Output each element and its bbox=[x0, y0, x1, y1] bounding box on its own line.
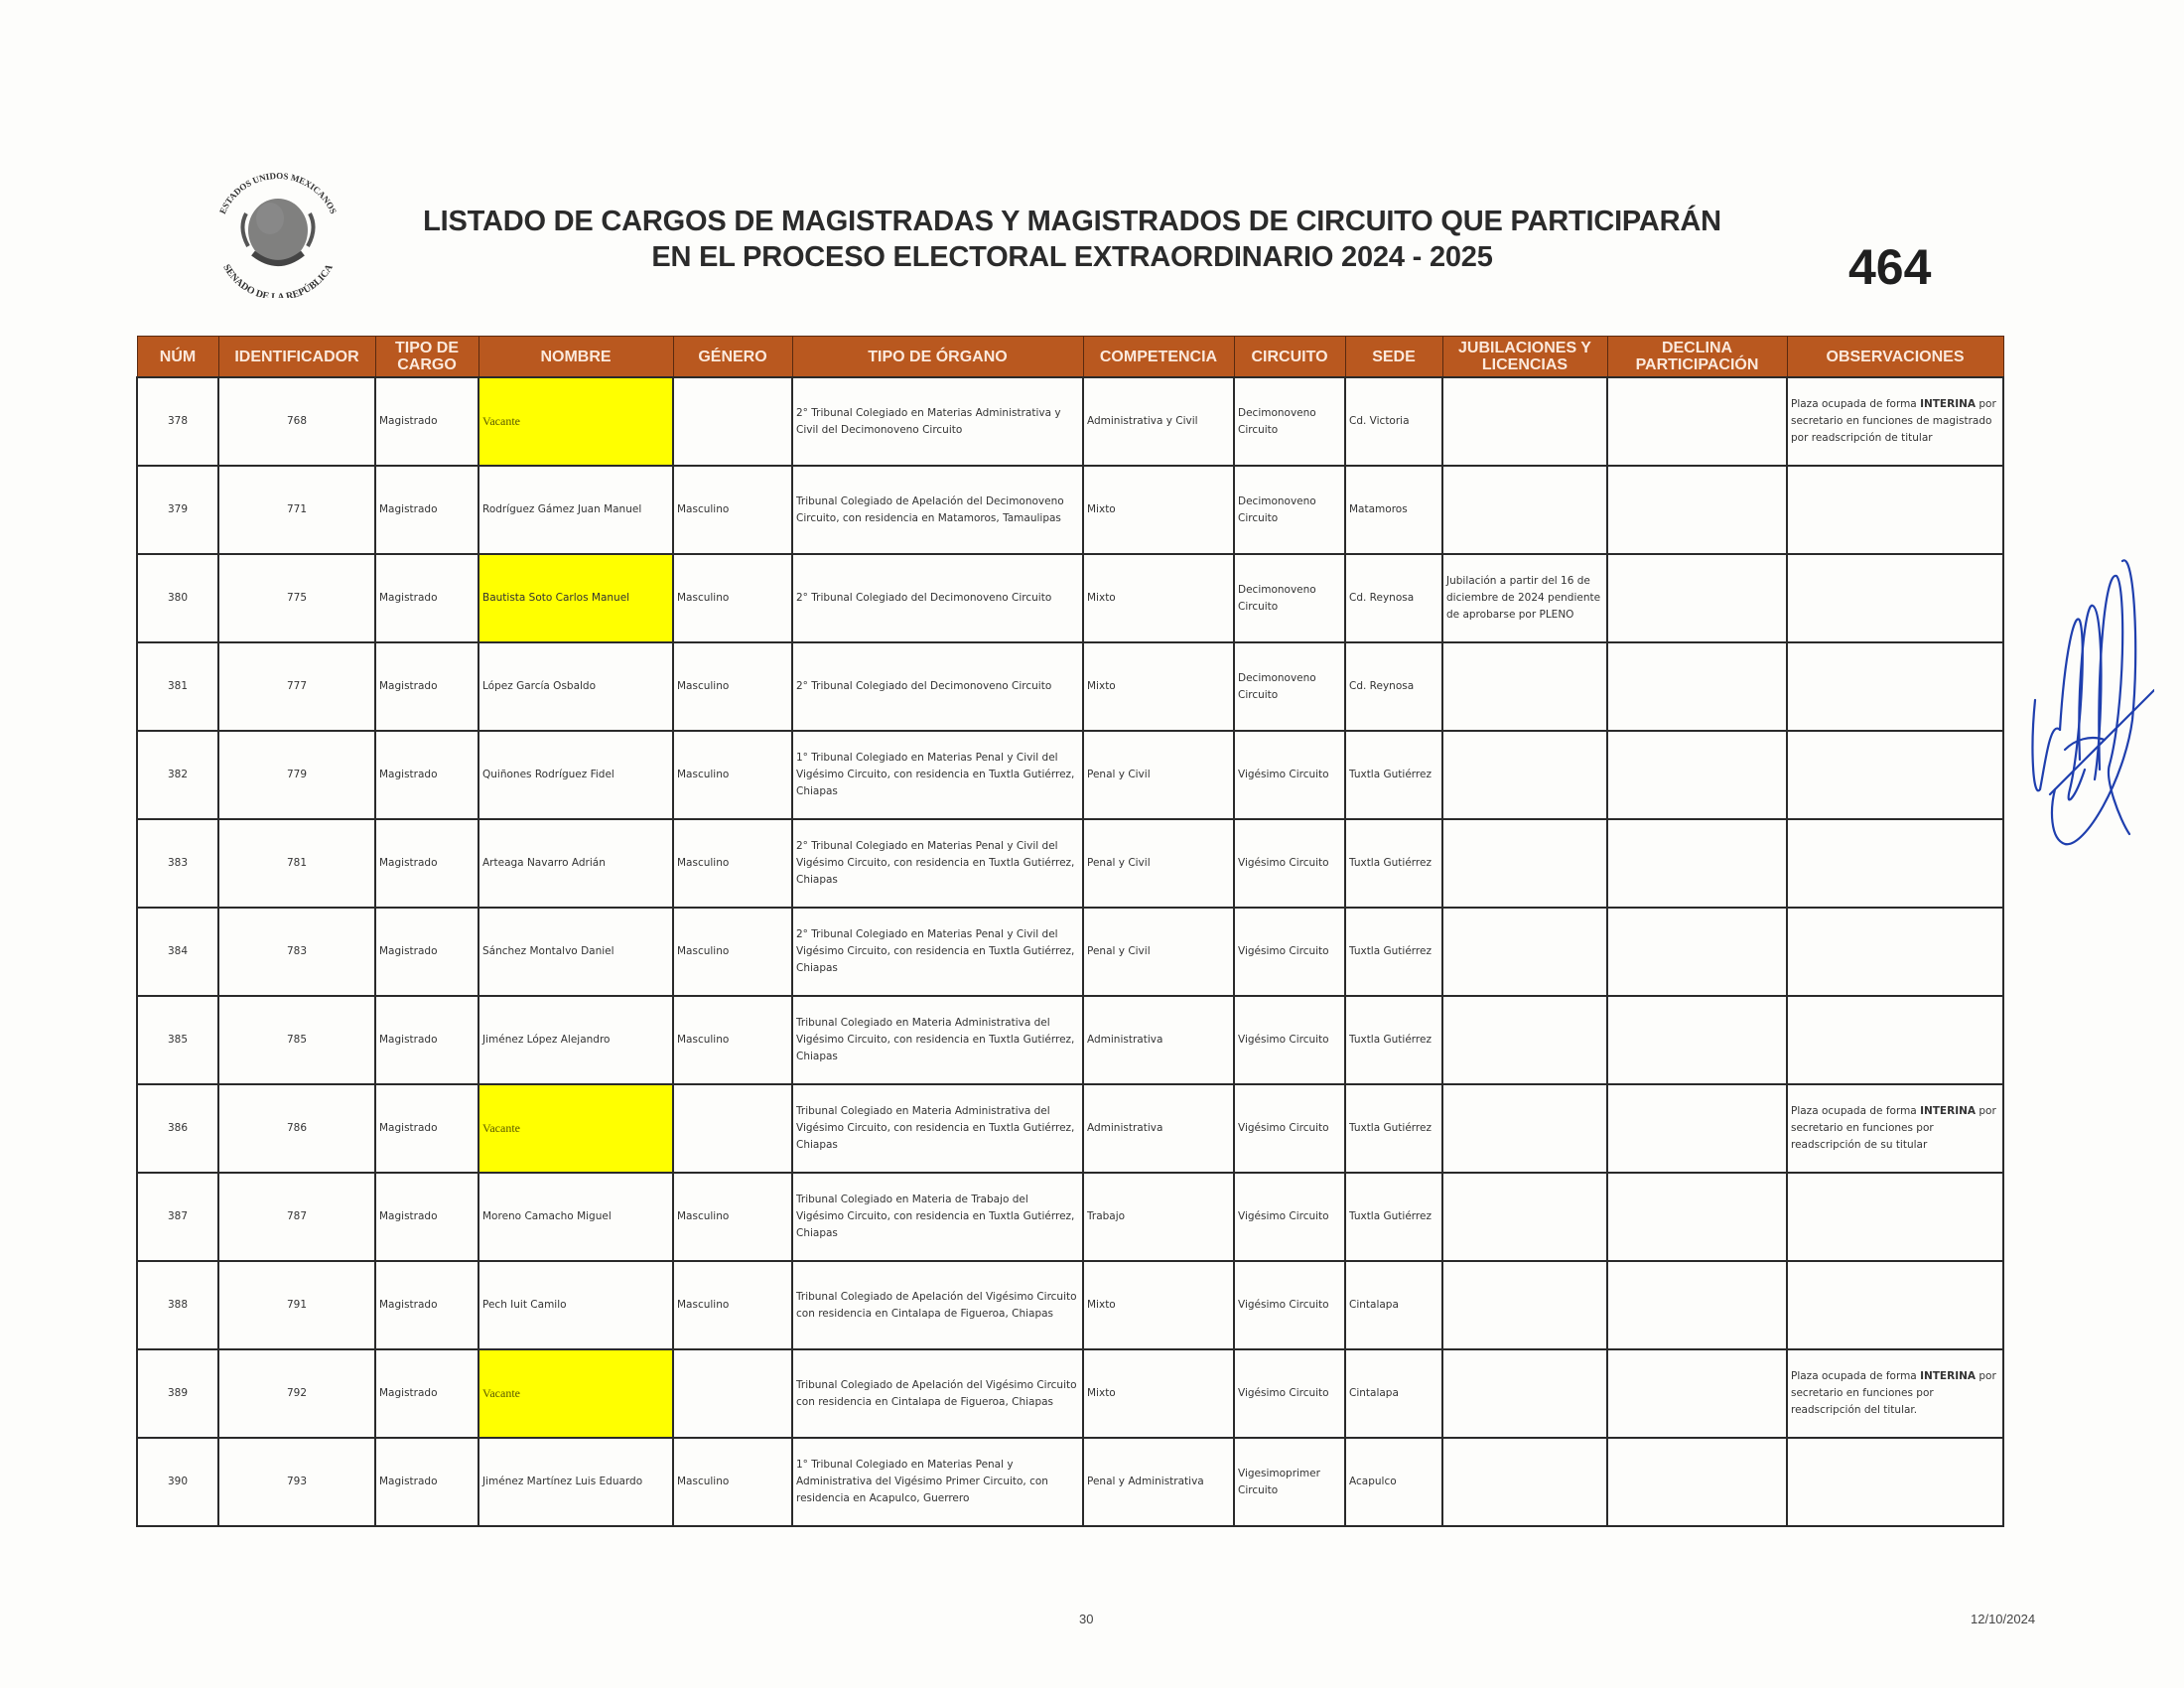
cell-jubilaciones bbox=[1442, 1173, 1607, 1261]
cell-tipo-cargo: Magistrado bbox=[375, 731, 478, 819]
cell-sede: Tuxtla Gutiérrez bbox=[1345, 996, 1442, 1084]
footer-page-number: 30 bbox=[1079, 1612, 1093, 1626]
cell-identificador: 793 bbox=[218, 1438, 375, 1526]
table-row: 385785MagistradoJiménez López AlejandroM… bbox=[137, 996, 2003, 1084]
cell-tipo-cargo: Magistrado bbox=[375, 1173, 478, 1261]
cell-identificador: 777 bbox=[218, 642, 375, 731]
cell-jubilaciones bbox=[1442, 1084, 1607, 1173]
cell-observaciones bbox=[1787, 466, 2003, 554]
cell-observaciones: Plaza ocupada de forma INTERINA por secr… bbox=[1787, 377, 2003, 466]
cell-competencia: Mixto bbox=[1083, 1349, 1234, 1438]
cell-num: 388 bbox=[137, 1261, 218, 1349]
cell-identificador: 781 bbox=[218, 819, 375, 908]
cell-num: 390 bbox=[137, 1438, 218, 1526]
cell-competencia: Mixto bbox=[1083, 642, 1234, 731]
table-row: 378768MagistradoVacante2° Tribunal Coleg… bbox=[137, 377, 2003, 466]
cell-tipo-organo: 2° Tribunal Colegiado en Materias Penal … bbox=[792, 908, 1083, 996]
cell-identificador: 783 bbox=[218, 908, 375, 996]
cell-observaciones bbox=[1787, 554, 2003, 642]
cell-genero: Masculino bbox=[673, 996, 792, 1084]
vacant-label: Vacante bbox=[482, 1386, 520, 1400]
cell-tipo-cargo: Magistrado bbox=[375, 908, 478, 996]
observation-text: Plaza ocupada de forma bbox=[1791, 1105, 1920, 1117]
cell-genero: Masculino bbox=[673, 819, 792, 908]
cell-nombre: Jiménez Martínez Luis Eduardo bbox=[478, 1438, 673, 1526]
cell-sede: Cintalapa bbox=[1345, 1261, 1442, 1349]
cell-tipo-cargo: Magistrado bbox=[375, 377, 478, 466]
cell-declina bbox=[1607, 1349, 1787, 1438]
col-header-declina: DECLINA PARTICIPACIÓN bbox=[1607, 337, 1787, 378]
cell-sede: Tuxtla Gutiérrez bbox=[1345, 1173, 1442, 1261]
cell-tipo-organo: Tribunal Colegiado de Apelación del Vigé… bbox=[792, 1349, 1083, 1438]
cell-tipo-organo: 2° Tribunal Colegiado en Materias Penal … bbox=[792, 819, 1083, 908]
cell-declina bbox=[1607, 466, 1787, 554]
cell-competencia: Trabajo bbox=[1083, 1173, 1234, 1261]
cell-observaciones bbox=[1787, 1261, 2003, 1349]
cell-circuito: Vigésimo Circuito bbox=[1234, 1349, 1345, 1438]
cell-observaciones bbox=[1787, 642, 2003, 731]
table-row: 379771MagistradoRodríguez Gámez Juan Man… bbox=[137, 466, 2003, 554]
vacant-label: Vacante bbox=[482, 414, 520, 428]
cell-nombre: Pech Iuit Camilo bbox=[478, 1261, 673, 1349]
cell-circuito: Vigésimo Circuito bbox=[1234, 1261, 1345, 1349]
col-header-identificador: IDENTIFICADOR bbox=[218, 337, 375, 378]
col-header-tipo-organo: TIPO DE ÓRGANO bbox=[792, 337, 1083, 378]
cell-genero: Masculino bbox=[673, 731, 792, 819]
page-stamp-number: 464 bbox=[1848, 238, 1931, 296]
cell-nombre: Rodríguez Gámez Juan Manuel bbox=[478, 466, 673, 554]
cell-num: 381 bbox=[137, 642, 218, 731]
cell-num: 386 bbox=[137, 1084, 218, 1173]
cell-observaciones bbox=[1787, 819, 2003, 908]
svg-text:SENADO DE LA REPÚBLICA: SENADO DE LA REPÚBLICA bbox=[220, 262, 336, 298]
cell-nombre-vacante: Vacante bbox=[478, 1349, 673, 1438]
cell-identificador: 779 bbox=[218, 731, 375, 819]
table-row: 384783MagistradoSánchez Montalvo DanielM… bbox=[137, 908, 2003, 996]
magistrates-table: NÚM IDENTIFICADOR TIPO DE CARGO NOMBRE G… bbox=[136, 336, 2004, 1527]
cell-competencia: Administrativa y Civil bbox=[1083, 377, 1234, 466]
cell-competencia: Penal y Administrativa bbox=[1083, 1438, 1234, 1526]
cell-num: 379 bbox=[137, 466, 218, 554]
cell-nombre: Sánchez Montalvo Daniel bbox=[478, 908, 673, 996]
table-row: 382779MagistradoQuiñones Rodríguez Fidel… bbox=[137, 731, 2003, 819]
cell-jubilaciones: Jubilación a partir del 16 de diciembre … bbox=[1442, 554, 1607, 642]
cell-num: 385 bbox=[137, 996, 218, 1084]
cell-circuito: Vigésimo Circuito bbox=[1234, 819, 1345, 908]
cell-jubilaciones bbox=[1442, 466, 1607, 554]
cell-identificador: 775 bbox=[218, 554, 375, 642]
seal-bottom-text: SENADO DE LA REPÚBLICA bbox=[220, 262, 336, 298]
cell-tipo-organo: Tribunal Colegiado de Apelación del Deci… bbox=[792, 466, 1083, 554]
cell-jubilaciones bbox=[1442, 908, 1607, 996]
cell-nombre: Quiñones Rodríguez Fidel bbox=[478, 731, 673, 819]
table-row: 381777MagistradoLópez García OsbaldoMasc… bbox=[137, 642, 2003, 731]
cell-identificador: 792 bbox=[218, 1349, 375, 1438]
cell-observaciones bbox=[1787, 1438, 2003, 1526]
cell-tipo-organo: Tribunal Colegiado en Materia Administra… bbox=[792, 996, 1083, 1084]
cell-circuito: Decimonoveno Circuito bbox=[1234, 554, 1345, 642]
cell-competencia: Administrativa bbox=[1083, 996, 1234, 1084]
cell-nombre-vacante: Vacante bbox=[478, 377, 673, 466]
cell-tipo-organo: 1° Tribunal Colegiado en Materias Penal … bbox=[792, 1438, 1083, 1526]
cell-genero: Masculino bbox=[673, 908, 792, 996]
cell-observaciones bbox=[1787, 908, 2003, 996]
signature-icon bbox=[2005, 551, 2154, 849]
col-header-sede: SEDE bbox=[1345, 337, 1442, 378]
cell-circuito: Vigésimo Circuito bbox=[1234, 1173, 1345, 1261]
cell-tipo-cargo: Magistrado bbox=[375, 1084, 478, 1173]
cell-jubilaciones bbox=[1442, 1261, 1607, 1349]
cell-identificador: 768 bbox=[218, 377, 375, 466]
cell-tipo-organo: Tribunal Colegiado en Materia Administra… bbox=[792, 1084, 1083, 1173]
table-row: 389792MagistradoVacanteTribunal Colegiad… bbox=[137, 1349, 2003, 1438]
observation-emphasis: INTERINA bbox=[1920, 1105, 1976, 1117]
col-header-num: NÚM bbox=[137, 337, 218, 378]
cell-identificador: 791 bbox=[218, 1261, 375, 1349]
col-header-jubilaciones: JUBILACIONES Y LICENCIAS bbox=[1442, 337, 1607, 378]
cell-declina bbox=[1607, 731, 1787, 819]
cell-tipo-organo: Tribunal Colegiado en Materia de Trabajo… bbox=[792, 1173, 1083, 1261]
cell-genero: Masculino bbox=[673, 466, 792, 554]
title-line-2: EN EL PROCESO ELECTORAL EXTRAORDINARIO 2… bbox=[367, 239, 1777, 275]
cell-tipo-cargo: Magistrado bbox=[375, 466, 478, 554]
cell-identificador: 786 bbox=[218, 1084, 375, 1173]
table-row: 380775MagistradoBautista Soto Carlos Man… bbox=[137, 554, 2003, 642]
cell-sede: Acapulco bbox=[1345, 1438, 1442, 1526]
cell-sede: Cd. Reynosa bbox=[1345, 554, 1442, 642]
cell-jubilaciones bbox=[1442, 996, 1607, 1084]
cell-genero bbox=[673, 1084, 792, 1173]
cell-declina bbox=[1607, 908, 1787, 996]
cell-declina bbox=[1607, 996, 1787, 1084]
cell-genero: Masculino bbox=[673, 642, 792, 731]
cell-jubilaciones bbox=[1442, 377, 1607, 466]
cell-tipo-organo: 2° Tribunal Colegiado en Materias Admini… bbox=[792, 377, 1083, 466]
cell-nombre-vacante: Vacante bbox=[478, 1084, 673, 1173]
cell-num: 389 bbox=[137, 1349, 218, 1438]
cell-observaciones: Plaza ocupada de forma INTERINA por secr… bbox=[1787, 1349, 2003, 1438]
cell-num: 380 bbox=[137, 554, 218, 642]
cell-competencia: Mixto bbox=[1083, 554, 1234, 642]
table-row: 390793MagistradoJiménez Martínez Luis Ed… bbox=[137, 1438, 2003, 1526]
cell-sede: Cd. Reynosa bbox=[1345, 642, 1442, 731]
observation-emphasis: INTERINA bbox=[1920, 1370, 1976, 1382]
cell-observaciones bbox=[1787, 731, 2003, 819]
col-header-nombre: NOMBRE bbox=[478, 337, 673, 378]
table-row: 383781MagistradoArteaga Navarro AdriánMa… bbox=[137, 819, 2003, 908]
cell-sede: Cintalapa bbox=[1345, 1349, 1442, 1438]
cell-circuito: Decimonoveno Circuito bbox=[1234, 642, 1345, 731]
cell-tipo-cargo: Magistrado bbox=[375, 1261, 478, 1349]
cell-genero: Masculino bbox=[673, 1261, 792, 1349]
cell-circuito: Decimonoveno Circuito bbox=[1234, 377, 1345, 466]
table-row: 387787MagistradoMoreno Camacho MiguelMas… bbox=[137, 1173, 2003, 1261]
cell-declina bbox=[1607, 642, 1787, 731]
col-header-genero: GÉNERO bbox=[673, 337, 792, 378]
cell-tipo-cargo: Magistrado bbox=[375, 996, 478, 1084]
title-line-1: LISTADO DE CARGOS DE MAGISTRADAS Y MAGIS… bbox=[367, 204, 1777, 239]
cell-num: 382 bbox=[137, 731, 218, 819]
cell-declina bbox=[1607, 554, 1787, 642]
cell-competencia: Penal y Civil bbox=[1083, 819, 1234, 908]
cell-tipo-organo: 2° Tribunal Colegiado del Decimonoveno C… bbox=[792, 554, 1083, 642]
cell-nombre: Moreno Camacho Miguel bbox=[478, 1173, 673, 1261]
cell-competencia: Penal y Civil bbox=[1083, 731, 1234, 819]
cell-genero: Masculino bbox=[673, 1173, 792, 1261]
cell-tipo-cargo: Magistrado bbox=[375, 642, 478, 731]
cell-num: 384 bbox=[137, 908, 218, 996]
cell-tipo-organo: 2° Tribunal Colegiado del Decimonoveno C… bbox=[792, 642, 1083, 731]
senate-seal-icon: ESTADOS UNIDOS MEXICANOS SENADO DE LA RE… bbox=[199, 159, 357, 298]
table-row: 388791MagistradoPech Iuit CamiloMasculin… bbox=[137, 1261, 2003, 1349]
cell-circuito: Vigésimo Circuito bbox=[1234, 1084, 1345, 1173]
cell-identificador: 771 bbox=[218, 466, 375, 554]
cell-declina bbox=[1607, 1438, 1787, 1526]
cell-sede: Tuxtla Gutiérrez bbox=[1345, 819, 1442, 908]
table-header-row: NÚM IDENTIFICADOR TIPO DE CARGO NOMBRE G… bbox=[137, 337, 2003, 378]
cell-identificador: 787 bbox=[218, 1173, 375, 1261]
cell-jubilaciones bbox=[1442, 1438, 1607, 1526]
cell-circuito: Vigésimo Circuito bbox=[1234, 908, 1345, 996]
col-header-tipo-cargo: TIPO DE CARGO bbox=[375, 337, 478, 378]
cell-jubilaciones bbox=[1442, 819, 1607, 908]
cell-sede: Tuxtla Gutiérrez bbox=[1345, 1084, 1442, 1173]
cell-genero: Masculino bbox=[673, 1438, 792, 1526]
cell-observaciones bbox=[1787, 1173, 2003, 1261]
cell-declina bbox=[1607, 377, 1787, 466]
cell-nombre: Arteaga Navarro Adrián bbox=[478, 819, 673, 908]
cell-sede: Tuxtla Gutiérrez bbox=[1345, 731, 1442, 819]
observation-emphasis: INTERINA bbox=[1920, 398, 1976, 410]
cell-jubilaciones bbox=[1442, 642, 1607, 731]
cell-declina bbox=[1607, 1261, 1787, 1349]
cell-circuito: Decimonoveno Circuito bbox=[1234, 466, 1345, 554]
cell-identificador: 785 bbox=[218, 996, 375, 1084]
cell-genero bbox=[673, 377, 792, 466]
cell-observaciones: Plaza ocupada de forma INTERINA por secr… bbox=[1787, 1084, 2003, 1173]
cell-num: 383 bbox=[137, 819, 218, 908]
cell-competencia: Mixto bbox=[1083, 1261, 1234, 1349]
table-row: 386786MagistradoVacanteTribunal Colegiad… bbox=[137, 1084, 2003, 1173]
cell-tipo-organo: 1° Tribunal Colegiado en Materias Penal … bbox=[792, 731, 1083, 819]
cell-jubilaciones bbox=[1442, 731, 1607, 819]
cell-competencia: Administrativa bbox=[1083, 1084, 1234, 1173]
cell-circuito: Vigésimo Circuito bbox=[1234, 996, 1345, 1084]
cell-num: 387 bbox=[137, 1173, 218, 1261]
cell-genero bbox=[673, 1349, 792, 1438]
cell-tipo-cargo: Magistrado bbox=[375, 1349, 478, 1438]
cell-declina bbox=[1607, 1084, 1787, 1173]
cell-jubilaciones bbox=[1442, 1349, 1607, 1438]
cell-circuito: Vigésimo Circuito bbox=[1234, 731, 1345, 819]
observation-text: Plaza ocupada de forma bbox=[1791, 398, 1920, 410]
observation-text: Plaza ocupada de forma bbox=[1791, 1370, 1920, 1382]
cell-tipo-cargo: Magistrado bbox=[375, 554, 478, 642]
cell-nombre: López García Osbaldo bbox=[478, 642, 673, 731]
cell-sede: Cd. Victoria bbox=[1345, 377, 1442, 466]
cell-nombre: Jiménez López Alejandro bbox=[478, 996, 673, 1084]
col-header-circuito: CIRCUITO bbox=[1234, 337, 1345, 378]
col-header-competencia: COMPETENCIA bbox=[1083, 337, 1234, 378]
cell-competencia: Mixto bbox=[1083, 466, 1234, 554]
cell-competencia: Penal y Civil bbox=[1083, 908, 1234, 996]
cell-declina bbox=[1607, 819, 1787, 908]
cell-nombre: Bautista Soto Carlos Manuel bbox=[478, 554, 673, 642]
cell-num: 378 bbox=[137, 377, 218, 466]
col-header-observaciones: OBSERVACIONES bbox=[1787, 337, 2003, 378]
document-title: LISTADO DE CARGOS DE MAGISTRADAS Y MAGIS… bbox=[367, 204, 1777, 275]
footer-date: 12/10/2024 bbox=[1971, 1612, 2035, 1626]
cell-sede: Tuxtla Gutiérrez bbox=[1345, 908, 1442, 996]
cell-observaciones bbox=[1787, 996, 2003, 1084]
cell-tipo-cargo: Magistrado bbox=[375, 819, 478, 908]
cell-genero: Masculino bbox=[673, 554, 792, 642]
cell-sede: Matamoros bbox=[1345, 466, 1442, 554]
cell-circuito: Vigesimoprimer Circuito bbox=[1234, 1438, 1345, 1526]
cell-tipo-organo: Tribunal Colegiado de Apelación del Vigé… bbox=[792, 1261, 1083, 1349]
vacant-label: Vacante bbox=[482, 1121, 520, 1135]
cell-declina bbox=[1607, 1173, 1787, 1261]
cell-tipo-cargo: Magistrado bbox=[375, 1438, 478, 1526]
